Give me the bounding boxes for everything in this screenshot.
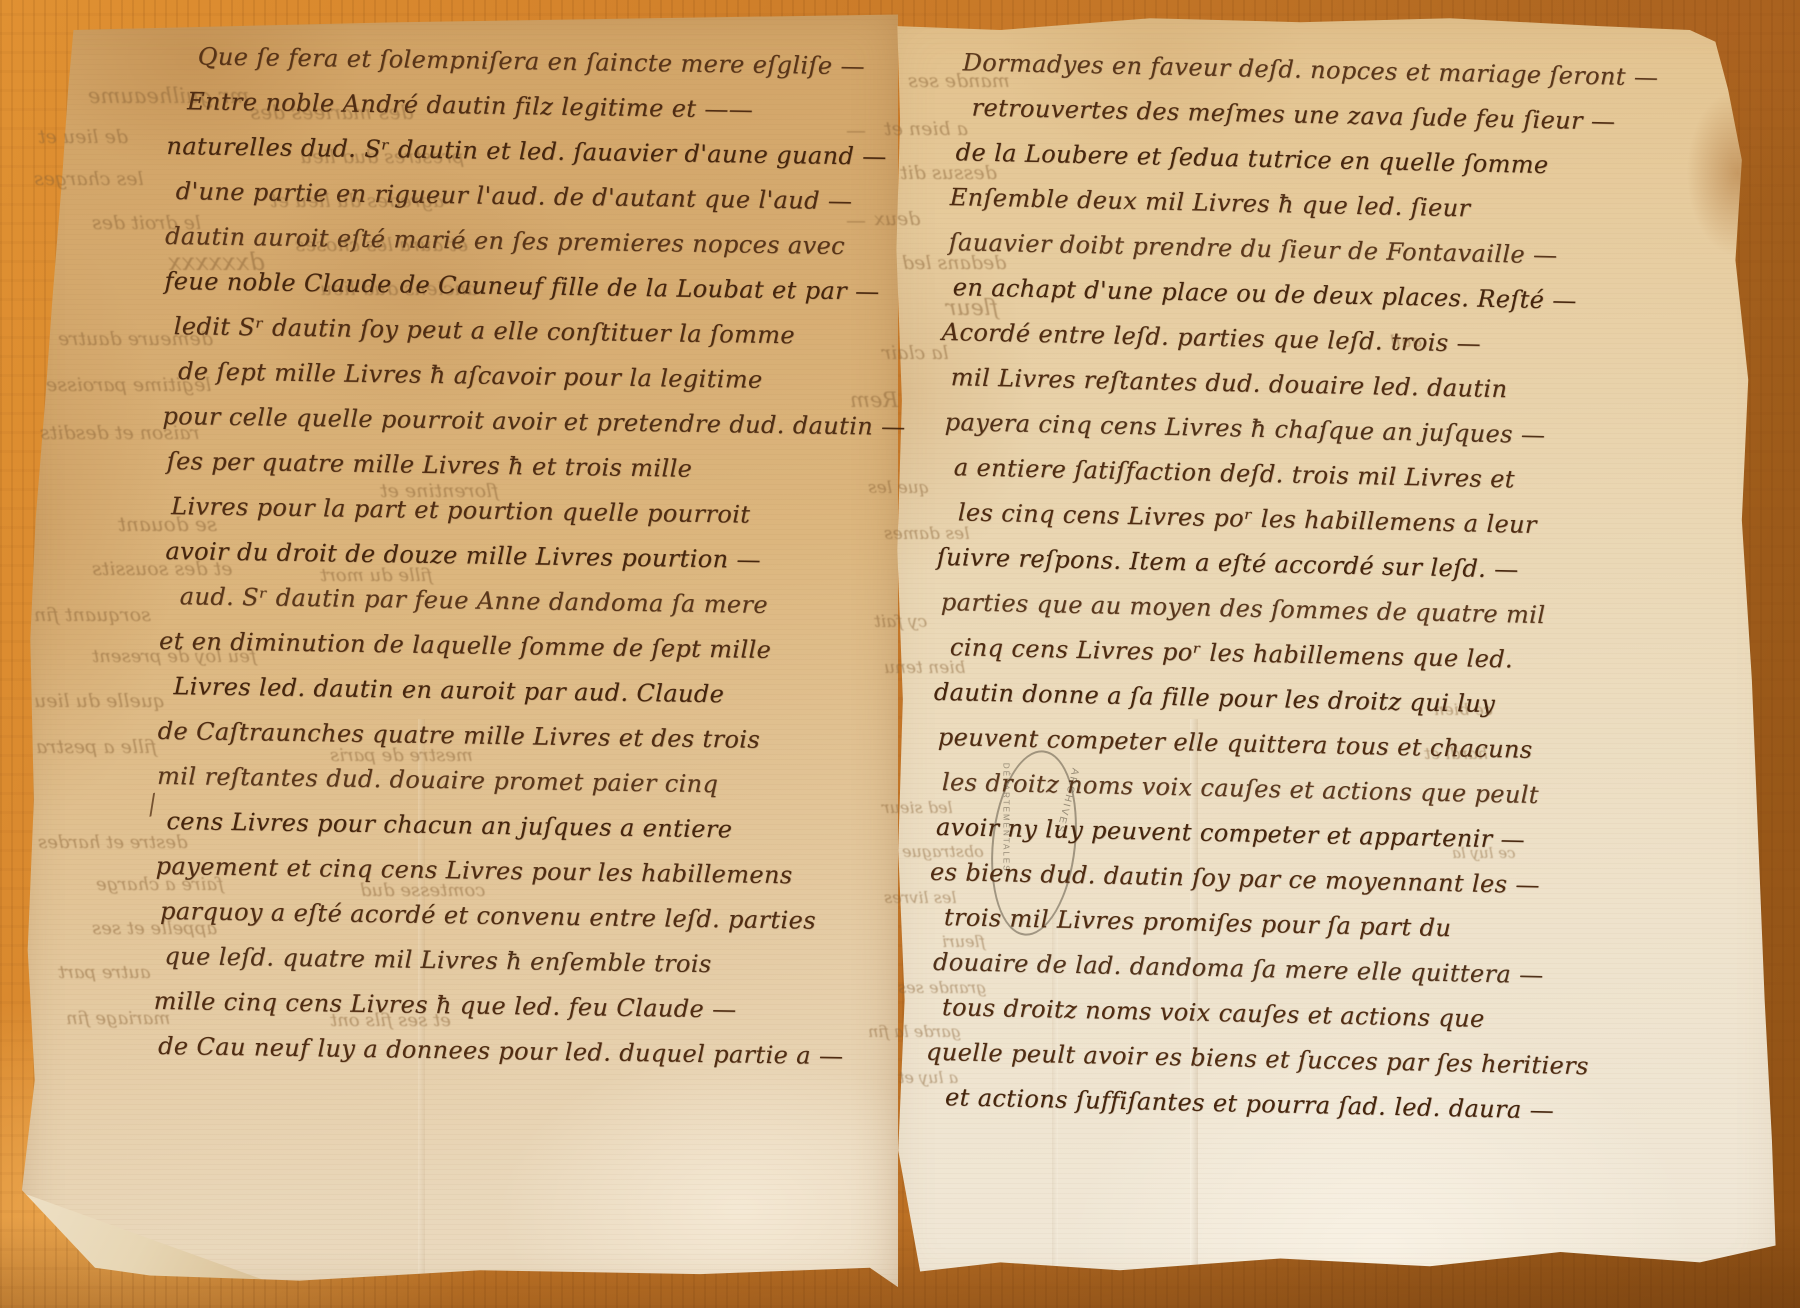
bleedthrough-ink: cy fait [874,612,927,632]
bleedthrough-ink: les dames [884,524,970,544]
bleedthrough-ink: que les [868,478,930,498]
bleedthrough-ink: autre part [58,962,151,983]
bleedthrough-ink: — [846,118,866,142]
bleedthrough-ink: / [144,789,162,820]
bleedthrough-ink: sorquant fin [34,604,151,626]
bleedthrough-ink: quelle du lieu [34,690,165,712]
bleedthrough-ink: la clair [882,342,949,364]
photo-scene: mr guilheaumede lieu etles chargesle dro… [0,0,1800,1308]
bleedthrough-ink: destre et hardes [38,832,188,853]
bleedthrough-ink: a bien et [884,118,968,140]
bleedthrough-ink: de lieu et [38,126,128,148]
bleedthrough-ink: deux [874,208,920,230]
bleedthrough-ink: les charges [34,168,144,190]
bleedthrough-ink: Rem [850,388,898,412]
bleedthrough-ink: fille a pestra [36,736,157,758]
